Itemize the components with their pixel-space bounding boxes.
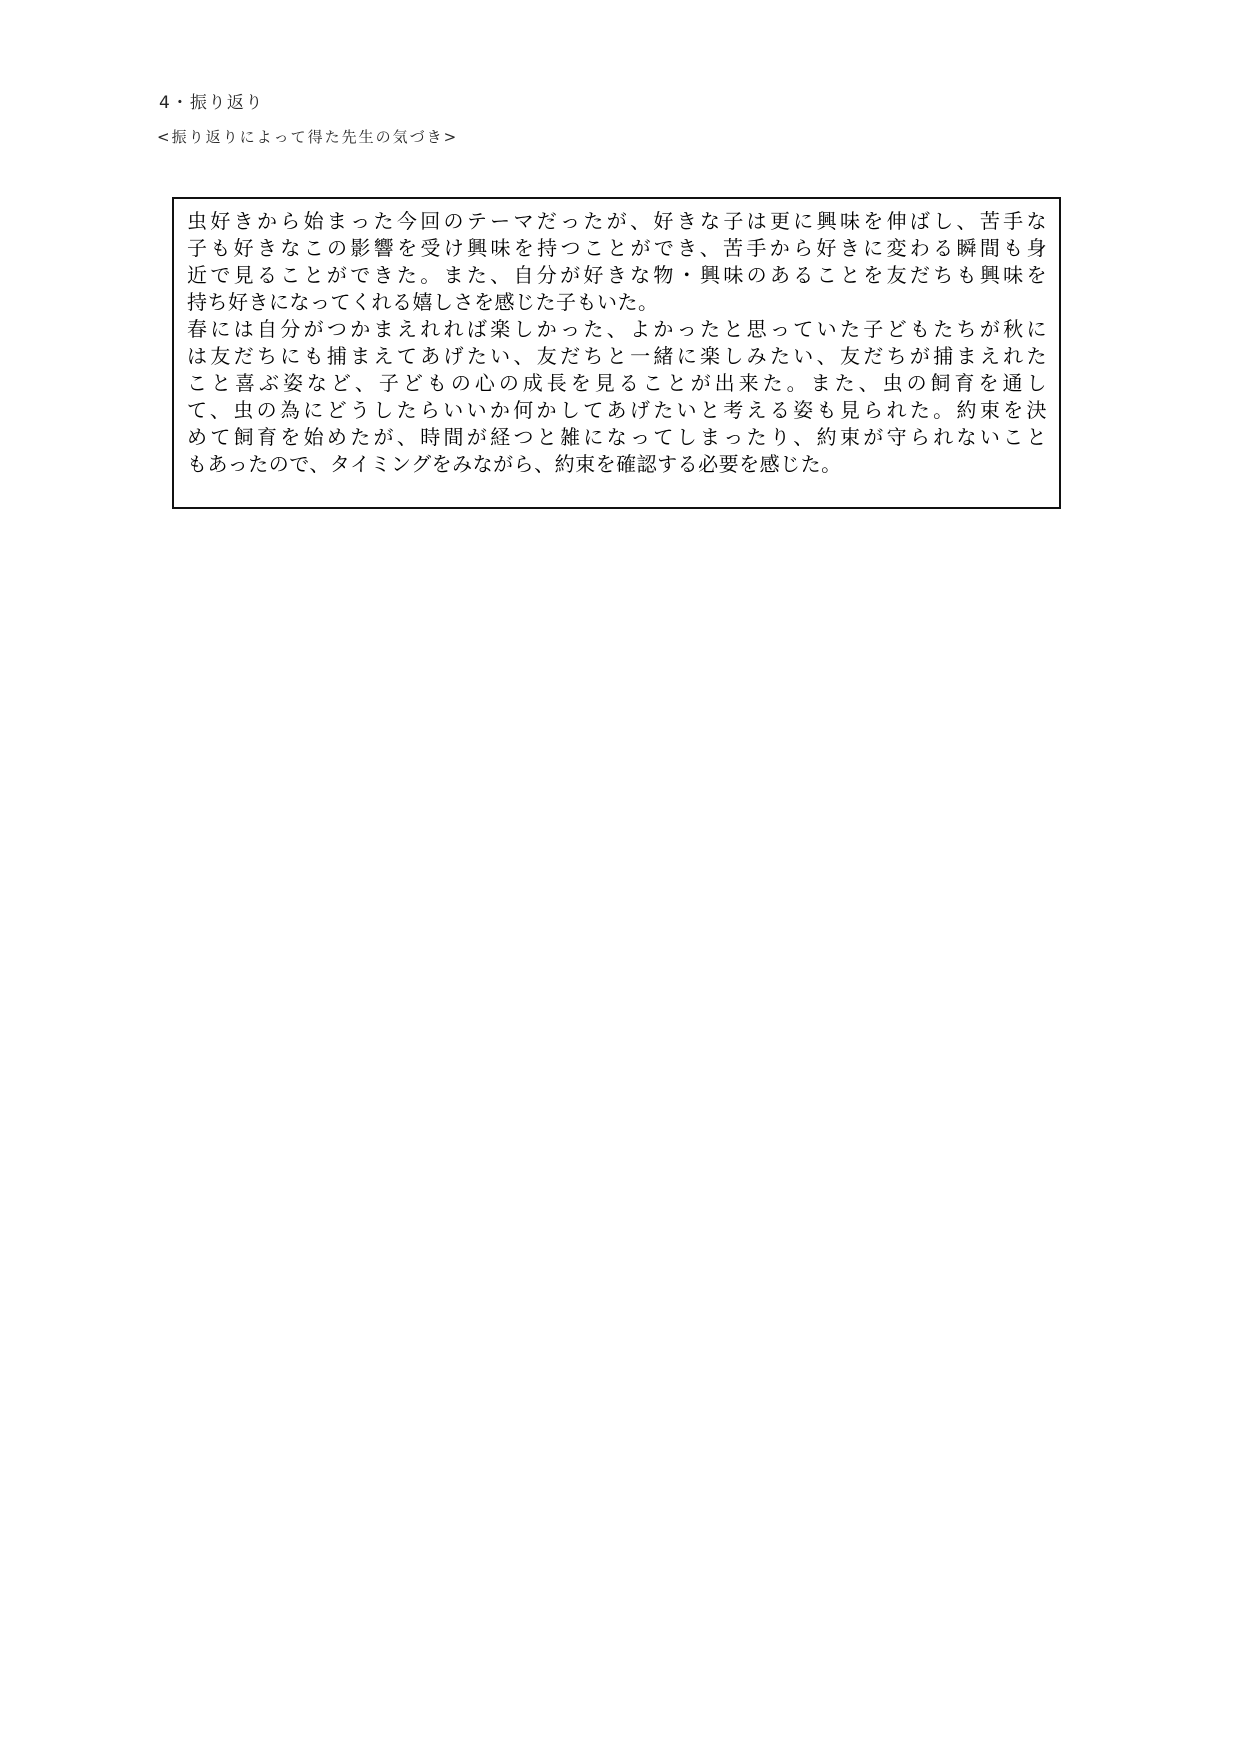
notes-line: もあったので、タイミングをみながら、約束を確認する必要を感じた。 (187, 451, 1047, 478)
subsection-heading: <振り返りによって得た先生の気づき> (157, 126, 458, 147)
notes-line: 近で見ることができた。また、自分が好きな物・興味のあることを友だちも興味を (187, 262, 1047, 289)
notes-line: 持ち好きになってくれる嬉しさを感じた子もいた。 (187, 289, 1047, 316)
notes-line: 虫好きから始まった今回のテーマだったが、好きな子は更に興味を伸ばし、苦手な (187, 208, 1047, 235)
notes-line: めて飼育を始めたが、時間が経つと雑になってしまったり、約束が守られないこと (187, 424, 1047, 451)
notes-line: 子も好きなこの影響を受け興味を持つことができ、苦手から好きに変わる瞬間も身 (187, 235, 1047, 262)
notes-line: は友だちにも捕まえてあげたい、友だちと一緒に楽しみたい、友だちが捕まえれた (187, 343, 1047, 370)
section-heading: 4・振り返り (159, 88, 264, 113)
notes-line: 春には自分がつかまえれれば楽しかった、よかったと思っていた子どもたちが秋に (187, 316, 1047, 343)
notes-line: こと喜ぶ姿など、子どもの心の成長を見ることが出来た。また、虫の飼育を通し (187, 370, 1047, 397)
notes-line: て、虫の為にどうしたらいいか何かしてあげたいと考える姿も見られた。約束を決 (187, 397, 1047, 424)
teacher-reflection-notes-box: 虫好きから始まった今回のテーマだったが、好きな子は更に興味を伸ばし、苦手な 子も… (172, 197, 1061, 509)
document-page: 4・振り返り <振り返りによって得た先生の気づき> 虫好きから始まった今回のテー… (0, 0, 1241, 1755)
